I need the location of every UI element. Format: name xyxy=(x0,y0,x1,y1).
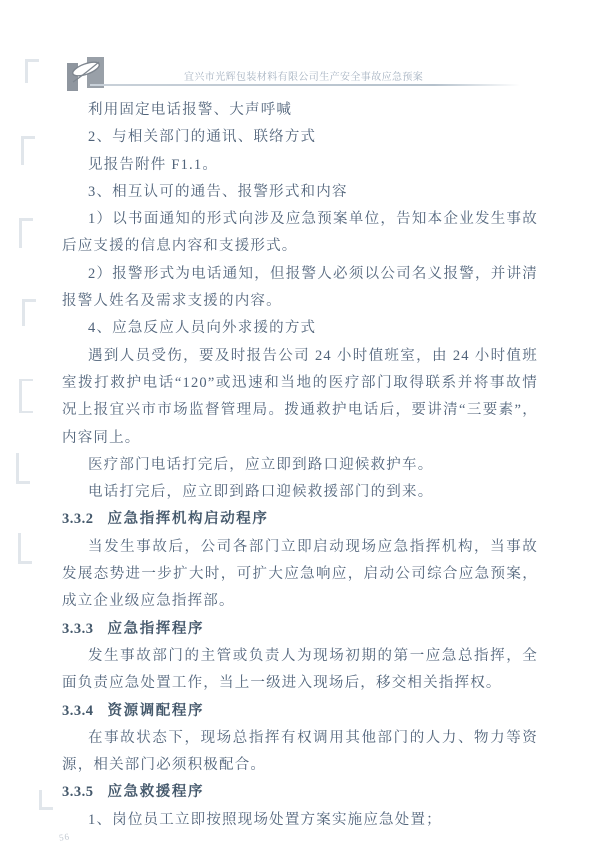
scan-artifact xyxy=(19,218,33,248)
company-logo xyxy=(66,56,106,94)
logo-h-icon xyxy=(66,56,106,94)
section-title: 应急指挥机构启动程序 xyxy=(108,511,269,527)
scan-artifact xyxy=(39,790,53,810)
scan-artifact xyxy=(19,379,33,413)
paragraph: 见报告附件 F1.1。 xyxy=(62,152,538,179)
paragraph: 3、相互认可的通告、报警形式和内容 xyxy=(62,179,538,206)
scan-artifact xyxy=(18,533,32,564)
paragraph: 遇到人员受伤，要及时报告公司 24 小时值班室，由 24 小时值班室拨打救护电话… xyxy=(62,343,538,452)
paragraph: 1、岗位员工立即按照现场处置方案实施应急处置； xyxy=(62,807,538,834)
document-body: 利用固定电话报警、大声呼喊2、与相关部门的通讯、联络方式见报告附件 F1.1。3… xyxy=(62,97,538,834)
scan-artifact xyxy=(16,453,30,484)
section-number: 3.3.5 xyxy=(62,784,94,800)
section-title: 应急救援程序 xyxy=(108,784,205,800)
paragraph: 2、与相关部门的通讯、联络方式 xyxy=(62,124,538,151)
section-heading: 3.3.4资源调配程序 xyxy=(62,698,538,725)
document-header-title: 宜兴市光辉包装材料有限公司生产安全事故应急预案 xyxy=(184,68,423,83)
paragraph: 当发生事故后，公司各部门立即启动现场应急指挥机构，当事故发展态势进一步扩大时，可… xyxy=(62,534,538,616)
header-rule xyxy=(90,84,520,86)
scan-artifact xyxy=(22,299,36,326)
paragraph: 利用固定电话报警、大声呼喊 xyxy=(62,97,538,124)
section-number: 3.3.2 xyxy=(62,511,94,527)
scan-artifact xyxy=(21,136,35,165)
scan-artifact xyxy=(25,59,39,83)
paragraph: 电话打完后，应立即到路口迎候救援部门的到来。 xyxy=(62,479,538,506)
section-number: 3.3.4 xyxy=(62,703,94,719)
paragraph: 1）以书面通知的形式向涉及应急预案单位，告知本企业发生事故后应支援的信息内容和支… xyxy=(62,206,538,261)
section-heading: 3.3.3应急指挥程序 xyxy=(62,616,538,643)
section-number: 3.3.3 xyxy=(62,621,94,637)
paragraph: 医疗部门电话打完后，应立即到路口迎候救护车。 xyxy=(62,452,538,479)
paragraph: 4、应急反应人员向外求援的方式 xyxy=(62,315,538,342)
paragraph: 发生事故部门的主管或负责人为现场初期的第一应急总指挥，全面负责应急处置工作，当上… xyxy=(62,643,538,698)
section-heading: 3.3.2应急指挥机构启动程序 xyxy=(62,506,538,533)
section-title: 应急指挥程序 xyxy=(108,621,205,637)
section-heading: 3.3.5应急救援程序 xyxy=(62,779,538,806)
section-title: 资源调配程序 xyxy=(108,703,205,719)
page-number: 56 xyxy=(58,831,70,842)
document-page: 宜兴市光辉包装材料有限公司生产安全事故应急预案 利用固定电话报警、大声呼喊2、与… xyxy=(0,0,598,846)
paragraph: 2）报警形式为电话通知，但报警人必须以公司名义报警，并讲清报警人姓名及需求支援的… xyxy=(62,261,538,316)
paragraph: 在事故状态下，现场总指挥有权调用其他部门的人力、物力等资源，相关部门必须积极配合… xyxy=(62,725,538,780)
